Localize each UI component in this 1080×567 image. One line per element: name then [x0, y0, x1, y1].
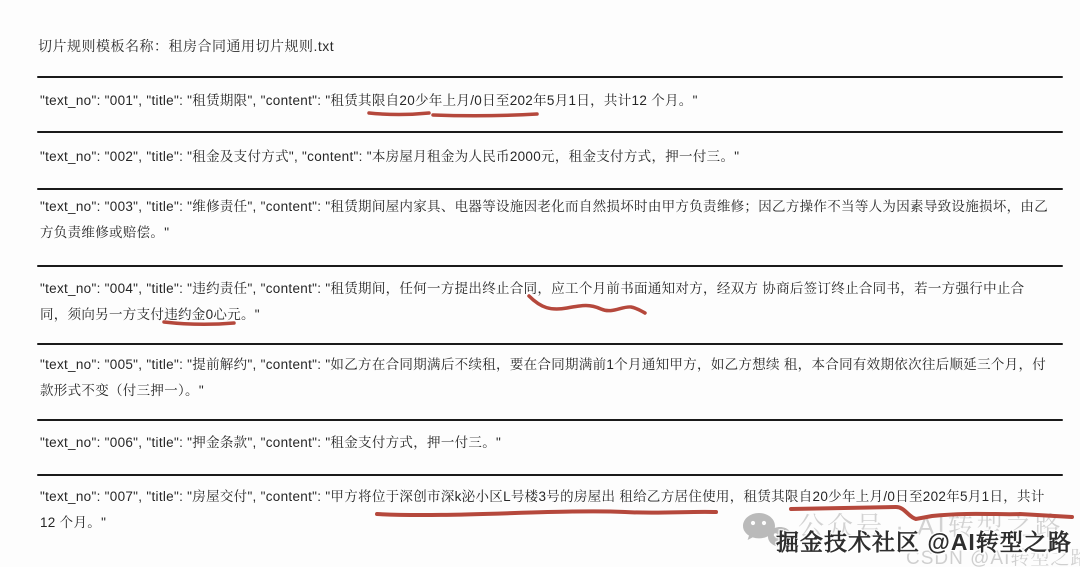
row-divider — [37, 265, 1063, 267]
row-divider — [37, 474, 1063, 476]
rule-row-002: "text_no": "002", "title": "租金及支付方式", "c… — [40, 144, 1050, 170]
rule-row-005: "text_no": "005", "title": "提前解约", "cont… — [40, 352, 1050, 404]
red-underline-row1-b — [433, 114, 537, 116]
rule-row-003: "text_no": "003", "title": "维修责任", "cont… — [40, 194, 1050, 246]
row-divider — [37, 76, 1063, 78]
row-divider — [37, 131, 1063, 133]
rule-row-001: "text_no": "001", "title": "租赁期限", "cont… — [40, 88, 1050, 114]
page-title: 切片规则模板名称：租房合同通用切片规则.txt — [38, 36, 334, 56]
row-divider — [37, 419, 1063, 421]
row-divider — [37, 343, 1063, 345]
slicing-rules-document: 切片规则模板名称：租房合同通用切片规则.txt "text_no": "001"… — [0, 0, 1080, 567]
rule-row-006: "text_no": "006", "title": "押金条款", "cont… — [40, 430, 1050, 456]
row-divider — [37, 188, 1063, 190]
watermark-juejin: 掘金技术社区 @AI转型之路 — [776, 524, 1072, 557]
rule-row-004: "text_no": "004", "title": "违约责任", "cont… — [40, 276, 1050, 328]
